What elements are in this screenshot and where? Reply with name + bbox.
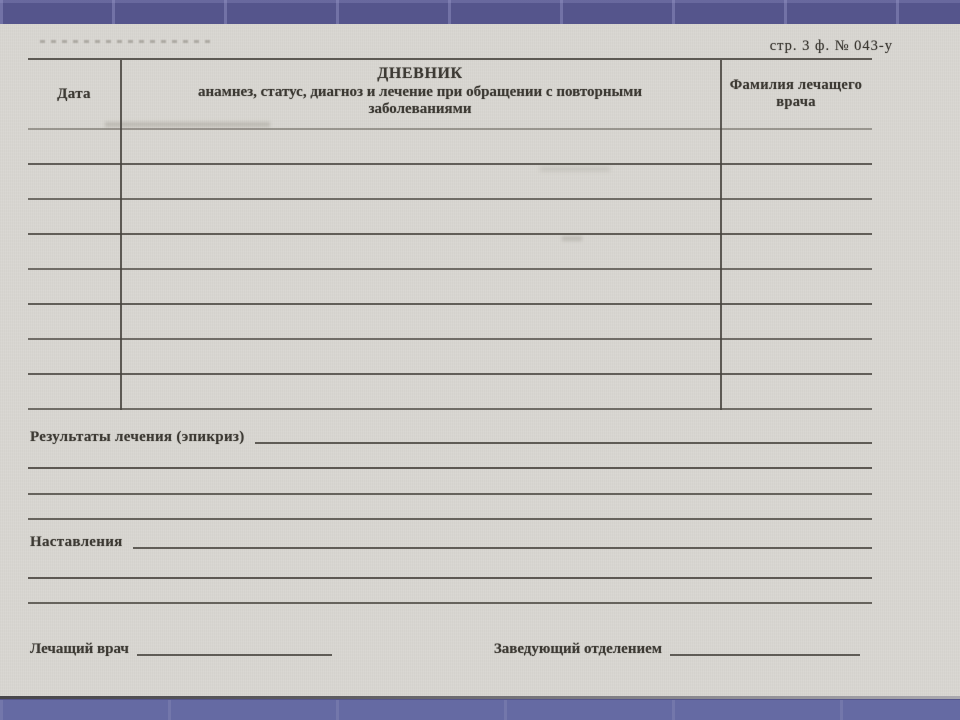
ruled-line [28,493,872,495]
table-row [28,270,872,305]
ruled-line [28,602,872,604]
instructions-row: Наставления [30,530,872,551]
treatment-results-blank-line [255,442,872,444]
slide-bottom-band [0,700,960,720]
attending-doctor-signature-line [137,654,332,656]
department-head-label: Заведующий отделением [494,641,662,658]
table-row [28,375,872,410]
attending-doctor-label: Лечащий врач [30,641,129,658]
scan-smudge [40,40,215,43]
paper-bottom-edge [0,696,960,699]
table-row [28,235,872,270]
column-separator-doctor [720,60,722,410]
slide: стр. 3 ф. № 043-у Дата ДНЕВНИК анамнез, … [0,0,960,720]
table-row [28,165,872,200]
scanned-form-page: стр. 3 ф. № 043-у Дата ДНЕВНИК анамнез, … [0,24,960,699]
diary-title: ДНЕВНИК [377,65,463,83]
table-body [28,130,872,410]
column-separator-date [120,60,122,410]
slide-top-band [0,0,960,24]
column-header-diary: ДНЕВНИК анамнез, статус, диагноз и лечен… [120,60,720,128]
ruled-line [28,467,872,469]
treatment-results-label: Результаты лечения (эпикриз) [30,429,245,446]
column-header-date: Дата [28,60,120,128]
ruled-line [28,577,872,579]
instructions-blank-line [133,547,872,549]
page-form-reference: стр. 3 ф. № 043-у [770,38,893,55]
diary-table: Дата ДНЕВНИК анамнез, статус, диагноз и … [28,58,872,410]
diary-subtitle: анамнез, статус, диагноз и лечение при о… [180,84,660,117]
table-row [28,340,872,375]
table-row [28,305,872,340]
table-row [28,130,872,165]
table-row [28,200,872,235]
column-header-doctor-name: Фамилия лечащего врача [720,60,872,128]
table-header: Дата ДНЕВНИК анамнез, статус, диагноз и … [28,60,872,130]
signature-row: Лечащий врач Заведующий отделением [30,640,860,658]
ruled-line [28,518,872,520]
treatment-results-row: Результаты лечения (эпикриз) [30,428,872,446]
instructions-label: Наставления [30,534,123,551]
department-head-signature-line [670,654,860,656]
